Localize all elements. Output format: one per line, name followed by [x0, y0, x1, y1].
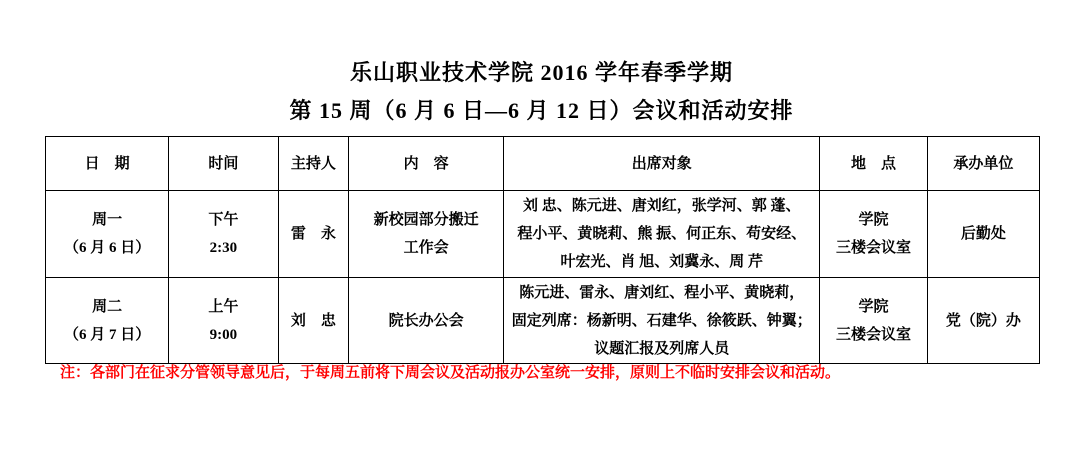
header-host: 主持人 [278, 137, 349, 191]
header-row: 日 期 时间 主持人 内 容 出席对象 地 点 承办单位 [46, 137, 1040, 191]
cell-time: 上午 9:00 [169, 278, 278, 364]
schedule-table: 日 期 时间 主持人 内 容 出席对象 地 点 承办单位 周一 （6 月 6 日… [45, 136, 1040, 364]
document-title-line1: 乐山职业技术学院 2016 学年春季学期 [0, 54, 1083, 92]
cell-time: 下午 2:30 [169, 191, 278, 278]
cell-date: 周二 （6 月 7 日） [46, 278, 169, 364]
header-location: 地 点 [820, 137, 927, 191]
document-title-line2: 第 15 周（6 月 6 日—6 月 12 日）会议和活动安排 [0, 92, 1083, 130]
cell-date: 周一 （6 月 6 日） [46, 191, 169, 278]
cell-host: 雷 永 [278, 191, 349, 278]
document-title: 乐山职业技术学院 2016 学年春季学期 第 15 周（6 月 6 日—6 月 … [0, 54, 1083, 130]
footer-note: 注：各部门在征求分管领导意见后，于每周五前将下周会议及活动报办公室统一安排，原则… [60, 362, 1070, 384]
table-row-monday: 周一 （6 月 6 日） 下午 2:30 雷 永 新校园部分搬迁 工作会 刘 忠… [46, 191, 1040, 278]
header-organizer: 承办单位 [927, 137, 1039, 191]
cell-attendees: 刘 忠、陈元进、唐刘红，张学河、郭 蓬、 程小平、黄晓莉、熊 振、何正东、苟安经… [504, 191, 820, 278]
header-content: 内 容 [349, 137, 504, 191]
cell-content: 新校园部分搬迁 工作会 [349, 191, 504, 278]
cell-organizer: 后勤处 [927, 191, 1039, 278]
table-row-tuesday: 周二 （6 月 7 日） 上午 9:00 刘 忠 院长办公会 陈元进、雷永、唐刘… [46, 278, 1040, 364]
document-page: 乐山职业技术学院 2016 学年春季学期 第 15 周（6 月 6 日—6 月 … [0, 0, 1083, 459]
header-time: 时间 [169, 137, 278, 191]
cell-location: 学院 三楼会议室 [820, 191, 927, 278]
cell-location: 学院 三楼会议室 [820, 278, 927, 364]
cell-attendees: 陈元进、雷永、唐刘红、程小平、黄晓莉， 固定列席：杨新明、石建华、徐筱跃、钟翼；… [504, 278, 820, 364]
cell-content: 院长办公会 [349, 278, 504, 364]
header-attendees: 出席对象 [504, 137, 820, 191]
header-date: 日 期 [46, 137, 169, 191]
cell-organizer: 党（院）办 [927, 278, 1039, 364]
cell-host: 刘 忠 [278, 278, 349, 364]
